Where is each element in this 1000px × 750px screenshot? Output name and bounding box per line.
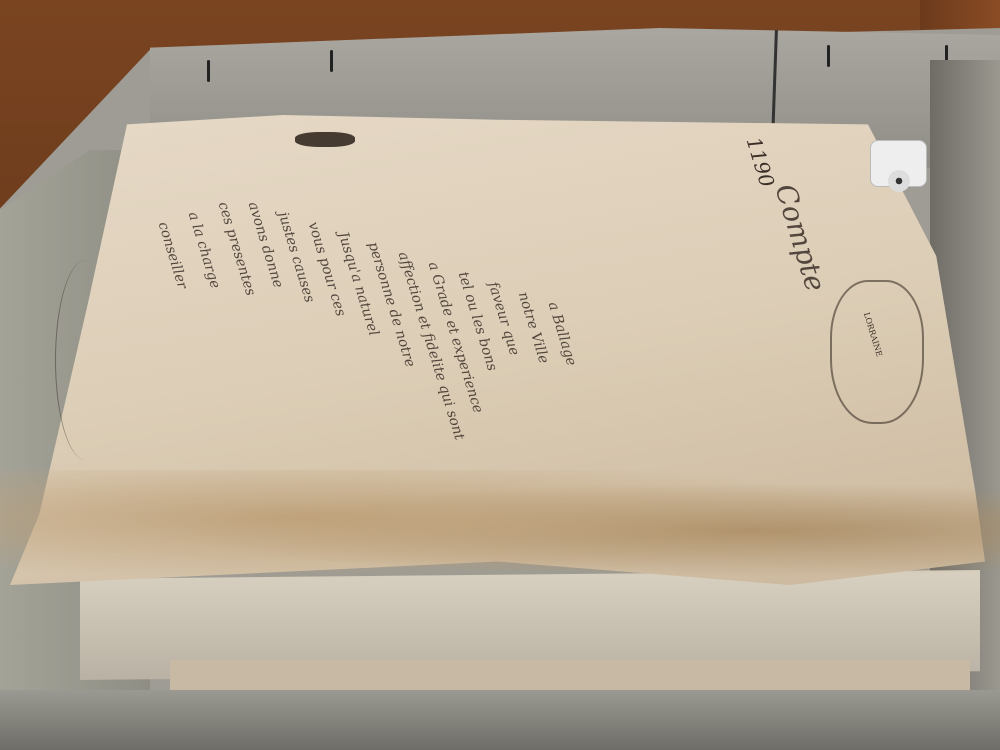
damaged-edge [0, 470, 1000, 590]
ink-stain [295, 132, 355, 147]
box-slot [330, 50, 333, 72]
box-slot [207, 60, 210, 82]
margin-flourish [55, 260, 116, 460]
box-slot [827, 45, 830, 67]
tape-spool-core [888, 170, 910, 192]
archive-box-front-wall [0, 690, 1000, 750]
